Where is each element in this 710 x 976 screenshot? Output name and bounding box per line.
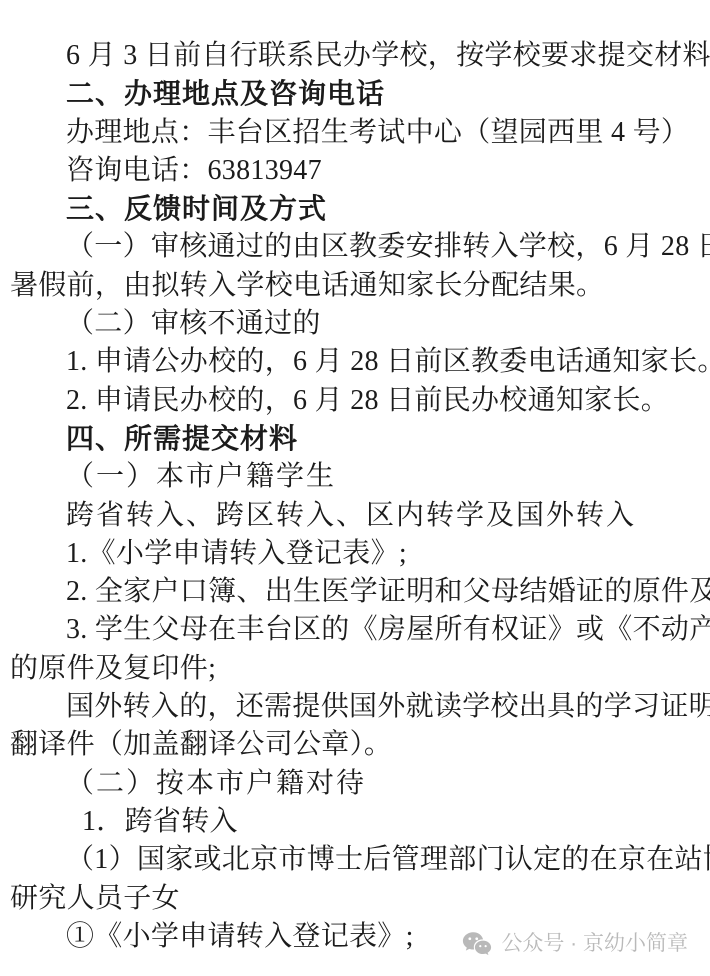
doc-line: 6 月 3 日前自行联系民办学校，按学校要求提交材料。 [10,37,700,75]
doc-line: 1．跨省转入 [10,803,700,841]
doc-line: 研究人员子女 [10,880,700,918]
section-heading: 二、办理地点及咨询电话 [10,75,700,113]
section-heading: 三、反馈时间及方式 [10,190,700,228]
doc-line: 咨询电话：63813947 [10,152,700,190]
subsection-label: （一）本市户籍学生 [10,458,700,496]
doc-line: 2. 申请民办校的，6 月 28 日前民办校通知家长。 [10,382,700,420]
doc-line: 1.《小学申请转入登记表》; [10,535,700,573]
wechat-icon [462,931,492,958]
doc-line: 的原件及复印件; [10,650,700,688]
section-heading: 四、所需提交材料 [10,420,700,458]
watermark-label: 公众号 · 京幼小简章 [501,930,688,958]
doc-line: 翻译件（加盖翻译公司公章）。 [10,726,700,764]
document-body: 6 月 3 日前自行联系民办学校，按学校要求提交材料。二、办理地点及咨询电话办理… [10,37,700,956]
doc-line: （一）审核通过的由区教委安排转入学校，6 月 28 日至放 [10,228,700,266]
watermark: 公众号 · 京幼小简章 [462,930,688,958]
doc-line: 2. 全家户口簿、出生医学证明和父母结婚证的原件及复印件; [10,573,700,611]
doc-line: 暑假前，由拟转入学校电话通知家长分配结果。 [10,267,700,305]
doc-line: 3. 学生父母在丰台区的《房屋所有权证》或《不动产权证书》 [10,611,700,649]
subsection-label: 跨省转入、跨区转入、区内转学及国外转入 [10,497,700,535]
doc-line: 国外转入的，还需提供国外就读学校出具的学习证明及中文 [10,688,700,726]
doc-line: （二）审核不通过的 [10,305,700,343]
doc-line: （1）国家或北京市博士后管理部门认定的在京在站博士后 [10,841,700,879]
doc-line: 1. 申请公办校的，6 月 28 日前区教委电话通知家长。 [10,343,700,381]
subsection-label: （二）按本市户籍对待 [10,765,700,803]
document-page: 6 月 3 日前自行联系民办学校，按学校要求提交材料。二、办理地点及咨询电话办理… [0,0,710,976]
doc-line: 办理地点：丰台区招生考试中心（望园西里 4 号） [10,114,700,152]
